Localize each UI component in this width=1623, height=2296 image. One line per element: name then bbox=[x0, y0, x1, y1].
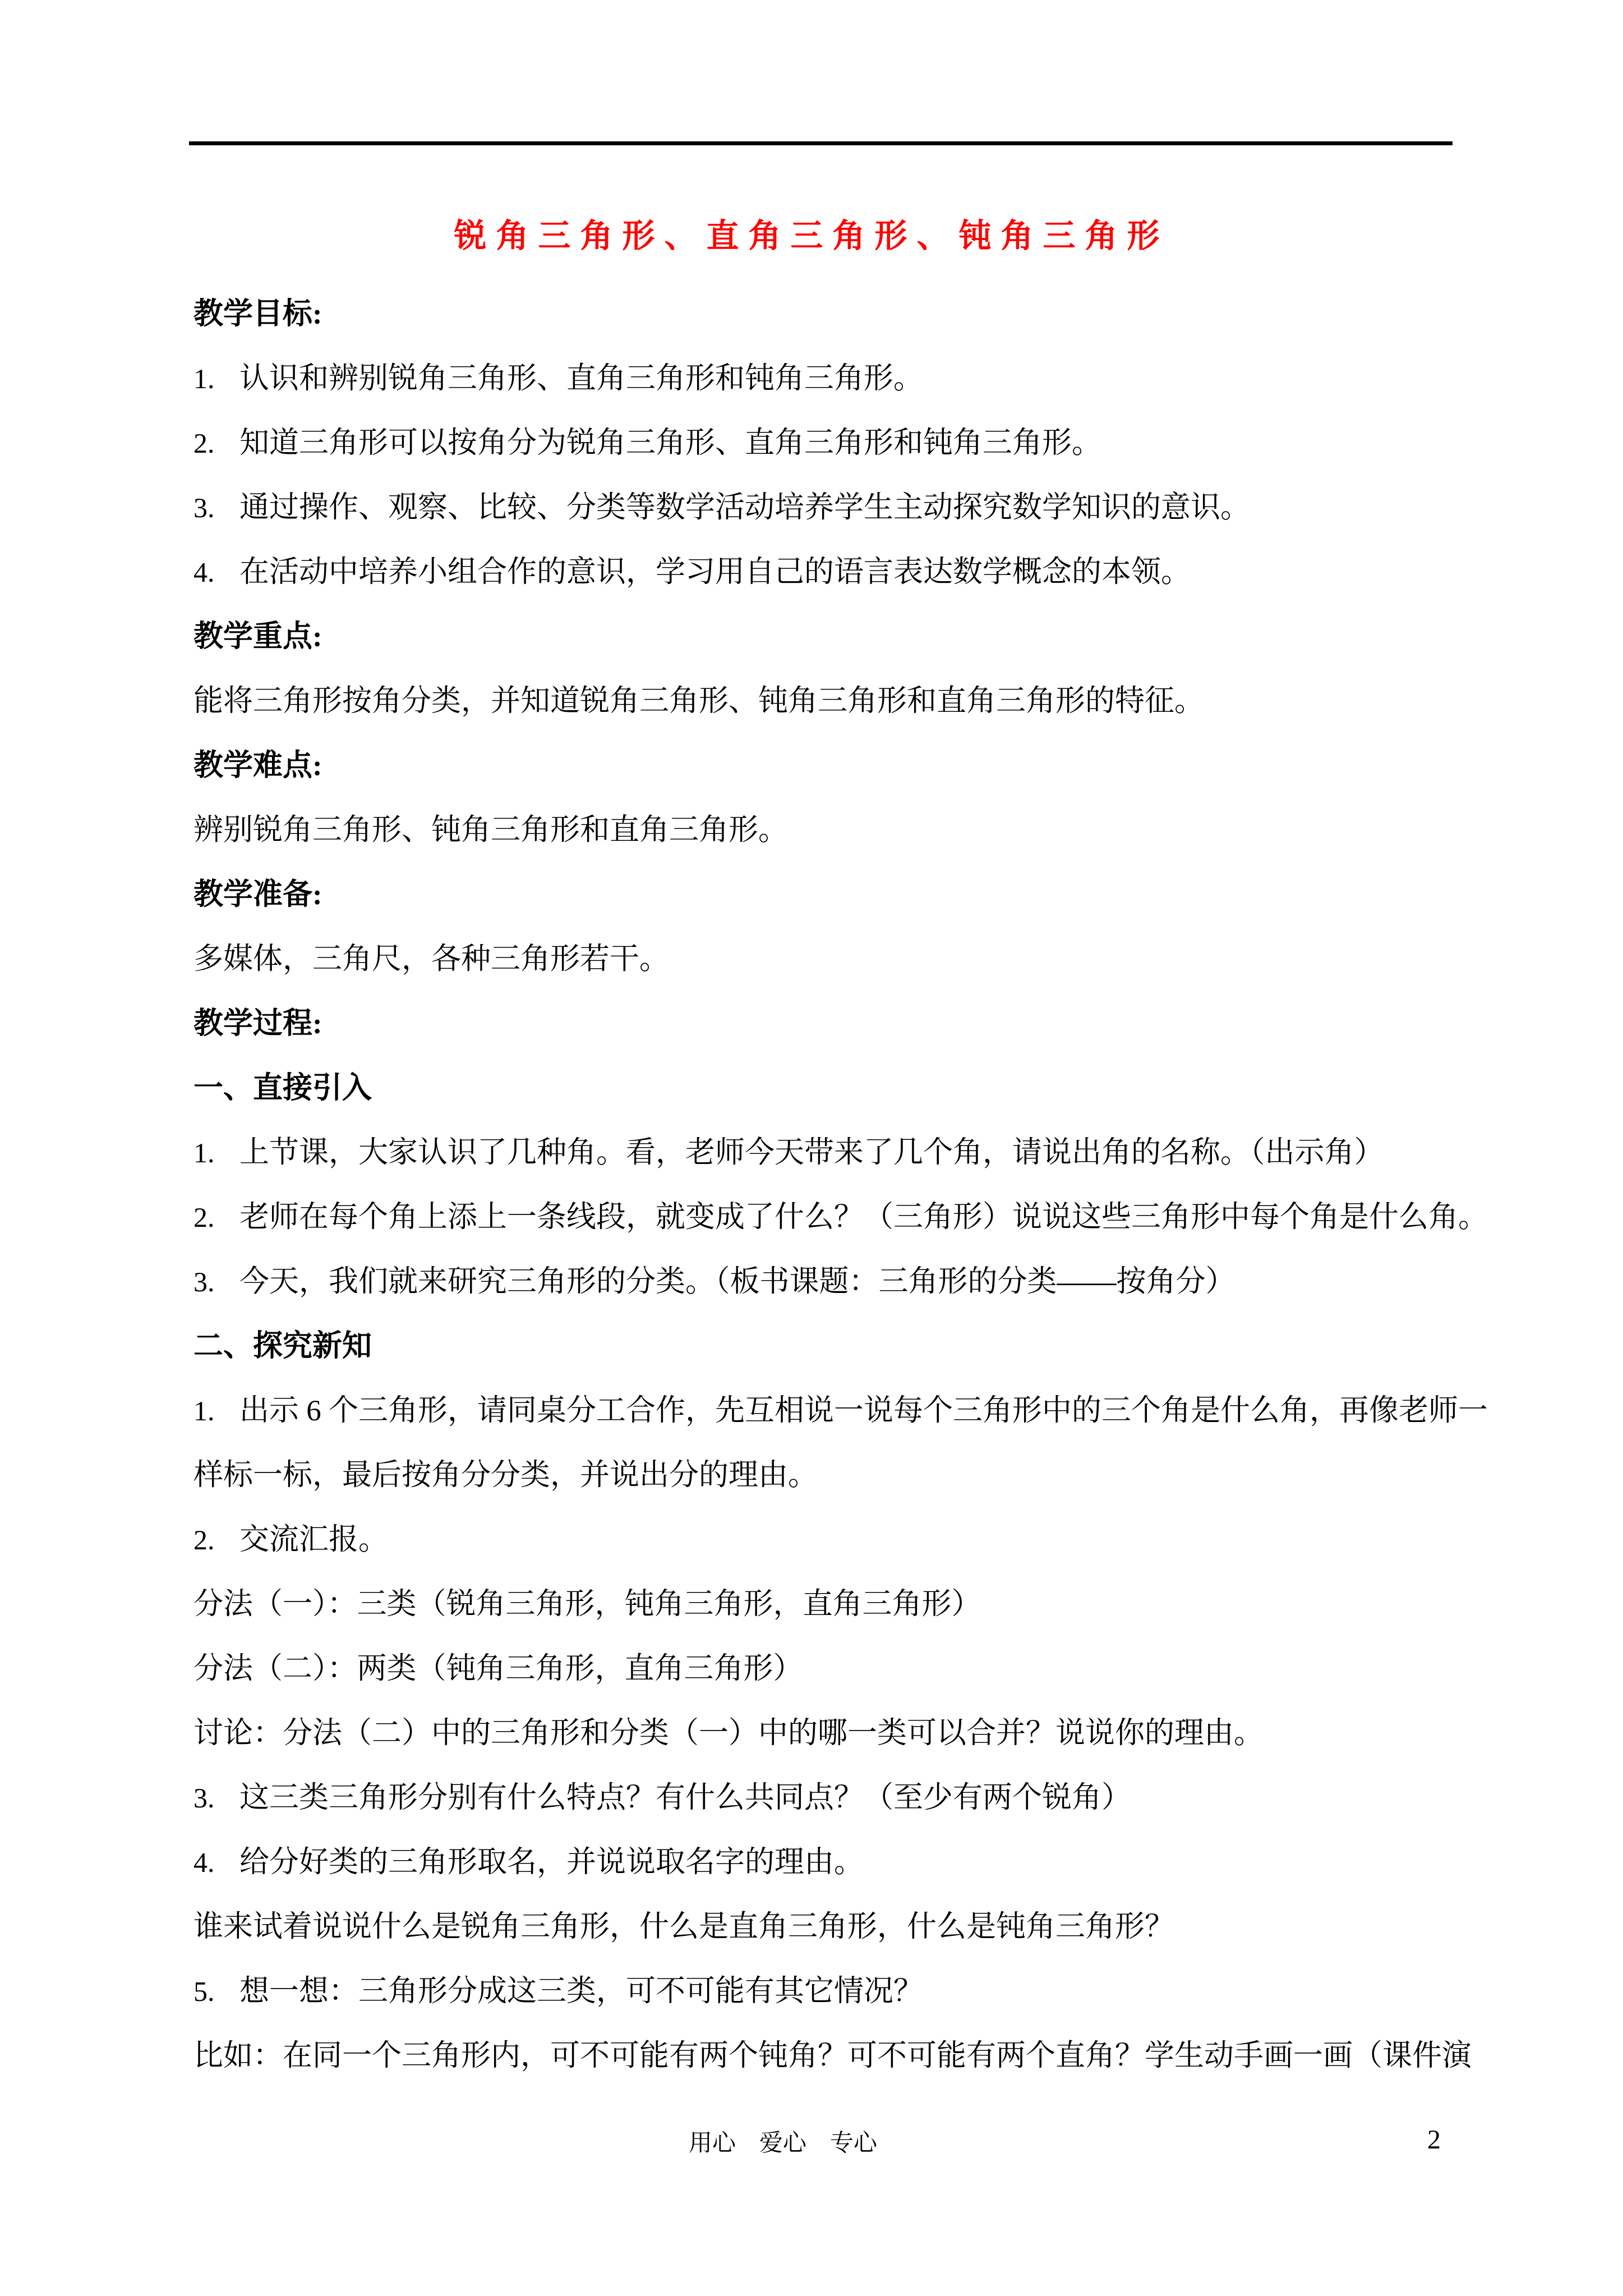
paragraph-line: 1.出示 6 个三角形，请同桌分工合作，先互相说一说每个三角形中的三个角是什么角… bbox=[193, 1379, 1450, 1443]
line-number: 4. bbox=[193, 540, 239, 605]
paragraph-line: 2.知道三角形可以按角分为锐角三角形、直角三角形和钝角三角形。 bbox=[193, 411, 1450, 476]
paragraph-line: 多媒体，三角尺，各种三角形若干。 bbox=[193, 927, 1450, 992]
line-number: 4. bbox=[193, 1830, 239, 1895]
line-number: 3. bbox=[193, 1766, 239, 1830]
page-number: 2 bbox=[1427, 2125, 1441, 2155]
line-number: 3. bbox=[193, 476, 239, 540]
paragraph-line: 辨别锐角三角形、钝角三角形和直角三角形。 bbox=[193, 798, 1450, 863]
paragraph-line: 一、直接引入 bbox=[193, 1056, 1450, 1121]
line-text: 能将三角形按角分类，并知道锐角三角形、钝角三角形和直角三角形的特征。 bbox=[193, 685, 1204, 717]
footer-motto: 用心 爱心 专心 bbox=[689, 2130, 877, 2157]
paragraph-line: 2.老师在每个角上添上一条线段，就变成了什么？（三角形）说说这些三角形中每个角是… bbox=[193, 1185, 1450, 1250]
paragraph-line: 分法（一）：三类（锐角三角形，钝角三角形，直角三角形） bbox=[193, 1572, 1450, 1637]
line-text: 知道三角形可以按角分为锐角三角形、直角三角形和钝角三角形。 bbox=[239, 427, 1101, 459]
line-text: 给分好类的三角形取名，并说说取名字的理由。 bbox=[239, 1846, 864, 1879]
paragraph-line: 3.通过操作、观察、比较、分类等数学活动培养学生主动探究数学知识的意识。 bbox=[193, 476, 1450, 540]
paragraph-line: 比如：在同一个三角形内，可不可能有两个钝角？可不可能有两个直角？学生动手画一画（… bbox=[193, 2024, 1450, 2088]
paragraph-line: 教学重点: bbox=[193, 605, 1450, 669]
line-text: 教学过程: bbox=[193, 1007, 322, 1040]
paragraph-line: 二、探究新知 bbox=[193, 1314, 1450, 1379]
paragraph-line: 谁来试着说说什么是锐角三角形，什么是直角三角形，什么是钝角三角形？ bbox=[193, 1895, 1450, 1959]
paragraph-line: 1.认识和辨别锐角三角形、直角三角形和钝角三角形。 bbox=[193, 347, 1450, 411]
line-text: 交流汇报。 bbox=[239, 1524, 388, 1556]
line-text: 辨别锐角三角形、钝角三角形和直角三角形。 bbox=[193, 814, 788, 846]
line-number: 1. bbox=[193, 347, 239, 411]
line-number: 5. bbox=[193, 1959, 239, 2024]
paragraph-line: 4.给分好类的三角形取名，并说说取名字的理由。 bbox=[193, 1830, 1450, 1895]
header-rule bbox=[189, 141, 1453, 145]
paragraph-line: 教学难点: bbox=[193, 734, 1450, 798]
line-number: 1. bbox=[193, 1379, 239, 1443]
line-text: 一、直接引入 bbox=[193, 1072, 372, 1105]
line-text: 分法（一）：三类（锐角三角形，钝角三角形，直角三角形） bbox=[193, 1588, 981, 1621]
page-title: 锐角三角形、直角三角形、钝角三角形 bbox=[0, 218, 1623, 255]
line-text: 教学重点: bbox=[193, 620, 322, 653]
line-number: 2. bbox=[193, 1508, 239, 1572]
line-text: 这三类三角形分别有什么特点？有什么共同点？（至少有两个锐角） bbox=[239, 1782, 1131, 1814]
paragraph-line: 4.在活动中培养小组合作的意识，学习用自己的语言表达数学概念的本领。 bbox=[193, 540, 1450, 605]
line-text: 多媒体，三角尺，各种三角形若干。 bbox=[193, 943, 669, 976]
line-text: 通过操作、观察、比较、分类等数学活动培养学生主动探究数学知识的意识。 bbox=[239, 491, 1250, 524]
line-text: 教学目标: bbox=[193, 298, 322, 330]
body-text: 教学目标:1.认识和辨别锐角三角形、直角三角形和钝角三角形。2.知道三角形可以按… bbox=[193, 282, 1450, 2088]
paragraph-line: 5.想一想：三角形分成这三类，可不可能有其它情况？ bbox=[193, 1959, 1450, 2024]
paragraph-line: 3.今天，我们就来研究三角形的分类。（板书课题：三角形的分类——按角分） bbox=[193, 1250, 1450, 1314]
paragraph-line: 分法（二）：两类（钝角三角形，直角三角形） bbox=[193, 1637, 1450, 1701]
line-text: 在活动中培养小组合作的意识，学习用自己的语言表达数学概念的本领。 bbox=[239, 556, 1191, 588]
paragraph-line: 教学目标: bbox=[193, 282, 1450, 347]
line-text: 认识和辨别锐角三角形、直角三角形和钝角三角形。 bbox=[239, 362, 923, 395]
line-text: 比如：在同一个三角形内，可不可能有两个钝角？可不可能有两个直角？学生动手画一画（… bbox=[193, 2040, 1472, 2072]
line-text: 分法（二）：两类（钝角三角形，直角三角形） bbox=[193, 1653, 803, 1685]
line-text: 讨论：分法（二）中的三角形和分类（一）中的哪一类可以合并？说说你的理由。 bbox=[193, 1717, 1264, 1750]
paragraph-line: 教学准备: bbox=[193, 863, 1450, 927]
paragraph-line: 2.交流汇报。 bbox=[193, 1508, 1450, 1572]
line-number: 2. bbox=[193, 411, 239, 476]
line-text: 上节课，大家认识了几种角。看，老师今天带来了几个角，请说出角的名称。（出示角） bbox=[239, 1137, 1384, 1169]
paragraph-line: 教学过程: bbox=[193, 992, 1450, 1056]
line-text: 教学准备: bbox=[193, 878, 322, 911]
line-text: 样标一标，最后按角分分类，并说出分的理由。 bbox=[193, 1459, 818, 1492]
document-page: 锐角三角形、直角三角形、钝角三角形 教学目标:1.认识和辨别锐角三角形、直角三角… bbox=[0, 0, 1623, 2296]
line-text: 谁来试着说说什么是锐角三角形，什么是直角三角形，什么是钝角三角形？ bbox=[193, 1911, 1174, 1943]
line-number: 1. bbox=[193, 1121, 239, 1185]
line-number: 3. bbox=[193, 1250, 239, 1314]
line-text: 今天，我们就来研究三角形的分类。（板书课题：三角形的分类——按角分） bbox=[239, 1266, 1235, 1298]
paragraph-line: 样标一标，最后按角分分类，并说出分的理由。 bbox=[193, 1443, 1450, 1508]
line-text: 教学难点: bbox=[193, 749, 322, 782]
line-text: 二、探究新知 bbox=[193, 1330, 372, 1363]
paragraph-line: 讨论：分法（二）中的三角形和分类（一）中的哪一类可以合并？说说你的理由。 bbox=[193, 1701, 1450, 1766]
line-text: 老师在每个角上添上一条线段，就变成了什么？（三角形）说说这些三角形中每个角是什么… bbox=[239, 1201, 1488, 1234]
paragraph-line: 能将三角形按角分类，并知道锐角三角形、钝角三角形和直角三角形的特征。 bbox=[193, 669, 1450, 734]
line-number: 2. bbox=[193, 1185, 239, 1250]
paragraph-line: 1.上节课，大家认识了几种角。看，老师今天带来了几个角，请说出角的名称。（出示角… bbox=[193, 1121, 1450, 1185]
paragraph-line: 3.这三类三角形分别有什么特点？有什么共同点？（至少有两个锐角） bbox=[193, 1766, 1450, 1830]
line-text: 出示 6 个三角形，请同桌分工合作，先互相说一说每个三角形中的三个角是什么角，再… bbox=[239, 1395, 1488, 1427]
line-text: 想一想：三角形分成这三类，可不可能有其它情况？ bbox=[239, 1975, 923, 2008]
